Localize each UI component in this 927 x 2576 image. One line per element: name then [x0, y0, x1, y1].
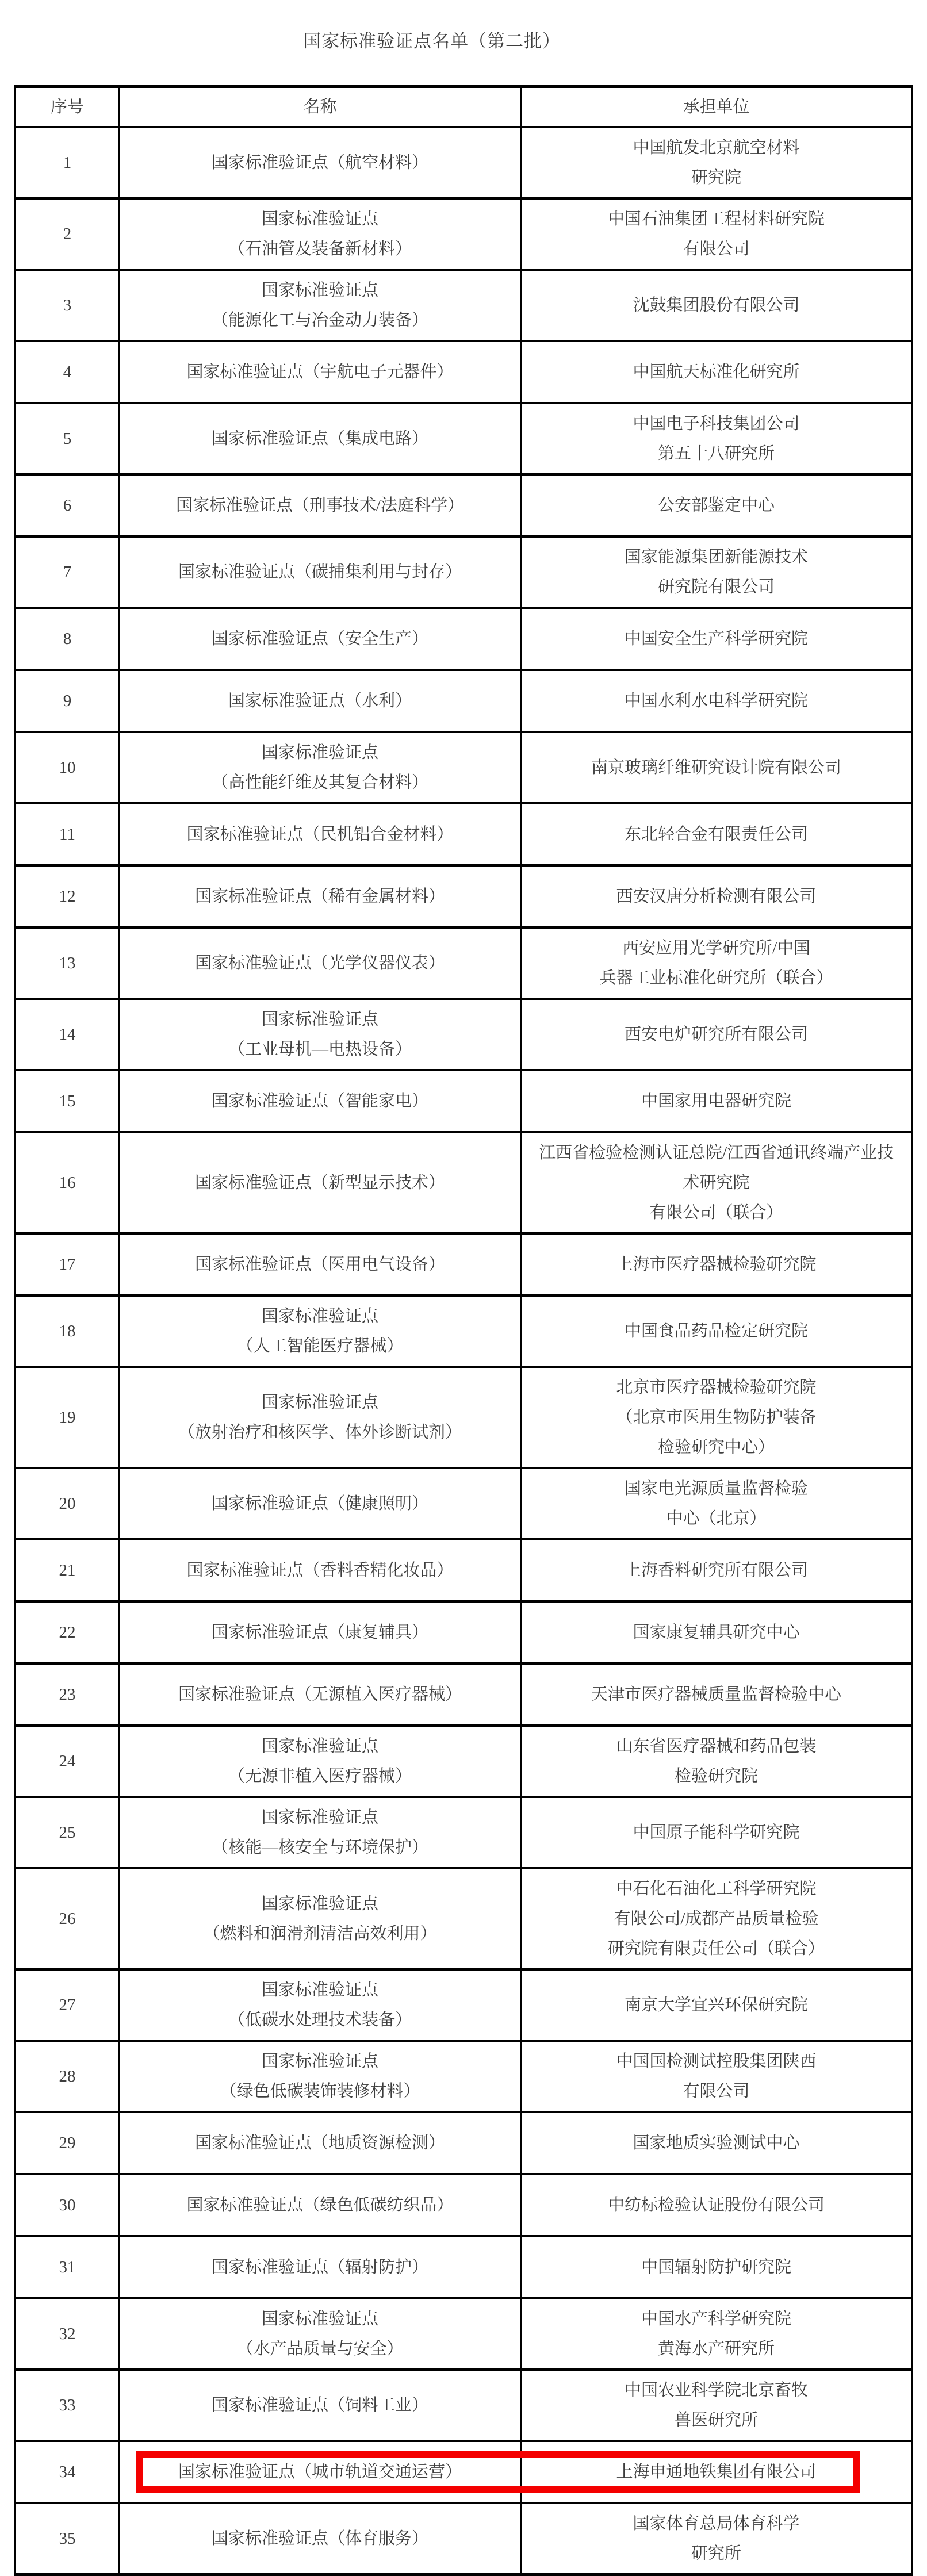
row-unit: 沈鼓集团股份有限公司 — [522, 271, 911, 340]
table-row: 8 国家标准验证点（安全生产） 中国安全生产科学研究院 — [16, 609, 911, 671]
row-unit: 南京玻璃纤维研究设计院有限公司 — [522, 733, 911, 802]
row-name: 国家标准验证点（稀有金属材料） — [120, 867, 522, 926]
row-name: 国家标准验证点（民机铝合金材料） — [120, 804, 522, 864]
row-name: 国家标准验证点（智能家电） — [120, 1071, 522, 1131]
row-unit: 江西省检验检测认证总院/江西省通讯终端产业技 术研究院 有限公司（联合） — [522, 1133, 911, 1232]
table-row: 22 国家标准验证点（康复辅具） 国家康复辅具研究中心 — [16, 1603, 911, 1665]
table-row: 24 国家标准验证点 （无源非植入医疗器械） 山东省医疗器械和药品包装 检验研究… — [16, 1727, 911, 1798]
row-number: 22 — [16, 1603, 120, 1662]
row-name: 国家标准验证点（无源植入医疗器械） — [120, 1665, 522, 1724]
row-unit: 中国原子能科学研究院 — [522, 1798, 911, 1867]
row-unit: 中国安全生产科学研究院 — [522, 609, 911, 669]
row-name: 国家标准验证点（香料香精化妆品） — [120, 1540, 522, 1600]
row-number: 24 — [16, 1727, 120, 1796]
table-row: 29 国家标准验证点（地质资源检测） 国家地质实验测试中心 — [16, 2113, 911, 2175]
row-unit: 上海市医疗器械检验研究院 — [522, 1235, 911, 1294]
row-name: 国家标准验证点（康复辅具） — [120, 1603, 522, 1662]
row-unit: 北京市医疗器械检验研究院 （北京市医用生物防护装备 检验研究中心） — [522, 1368, 911, 1467]
row-number: 19 — [16, 1368, 120, 1467]
row-unit: 西安应用光学研究所/中国 兵器工业标准化研究所（联合） — [522, 929, 911, 998]
row-unit: 国家能源集团新能源技术 研究院有限公司 — [522, 538, 911, 607]
row-number: 14 — [16, 1000, 120, 1069]
row-unit: 中国航发北京航空材料 研究院 — [522, 128, 911, 197]
table-row: 27 国家标准验证点 （低碳水处理技术装备） 南京大学宜兴环保研究院 — [16, 1971, 911, 2042]
table-row: 6 国家标准验证点（刑事技术/法庭科学） 公安部鉴定中心 — [16, 476, 911, 538]
row-number: 28 — [16, 2042, 120, 2111]
row-number: 29 — [16, 2113, 120, 2173]
table-row: 11 国家标准验证点（民机铝合金材料） 东北轻合金有限责任公司 — [16, 804, 911, 867]
row-name: 国家标准验证点（医用电气设备） — [120, 1235, 522, 1294]
row-number: 26 — [16, 1869, 120, 1968]
row-unit: 中国水利水电科学研究院 — [522, 671, 911, 731]
table-row: 23 国家标准验证点（无源植入医疗器械） 天津市医疗器械质量监督检验中心 — [16, 1665, 911, 1727]
row-name: 国家标准验证点（光学仪器仪表） — [120, 929, 522, 998]
row-name: 国家标准验证点（新型显示技术） — [120, 1133, 522, 1232]
row-name: 国家标准验证点（水利） — [120, 671, 522, 731]
row-number: 13 — [16, 929, 120, 998]
row-number: 17 — [16, 1235, 120, 1294]
row-unit: 中国石油集团工程材料研究院 有限公司 — [522, 200, 911, 269]
row-unit: 国家康复辅具研究中心 — [522, 1603, 911, 1662]
table-row: 19 国家标准验证点 （放射治疗和核医学、体外诊断试剂） 北京市医疗器械检验研究… — [16, 1368, 911, 1469]
table-body: 1 国家标准验证点（航空材料） 中国航发北京航空材料 研究院 2 国家标准验证点… — [16, 128, 911, 2573]
row-name: 国家标准验证点 （放射治疗和核医学、体外诊断试剂） — [120, 1368, 522, 1467]
row-name: 国家标准验证点（碳捕集利用与封存） — [120, 538, 522, 607]
row-name: 国家标准验证点（辐射防护） — [120, 2237, 522, 2297]
row-number: 7 — [16, 538, 120, 607]
row-number: 23 — [16, 1665, 120, 1724]
table-row: 10 国家标准验证点 （高性能纤维及其复合材料） 南京玻璃纤维研究设计院有限公司 — [16, 733, 911, 804]
row-unit: 山东省医疗器械和药品包装 检验研究院 — [522, 1727, 911, 1796]
table-row: 28 国家标准验证点 （绿色低碳装饰装修材料） 中国国检测试控股集团陕西 有限公… — [16, 2042, 911, 2113]
table-row: 15 国家标准验证点（智能家电） 中国家用电器研究院 — [16, 1071, 911, 1133]
row-unit: 中纺标检验认证股份有限公司 — [522, 2175, 911, 2235]
row-unit: 东北轻合金有限责任公司 — [522, 804, 911, 864]
row-number: 1 — [16, 128, 120, 197]
row-number: 27 — [16, 1971, 120, 2040]
table-row: 16 国家标准验证点（新型显示技术） 江西省检验检测认证总院/江西省通讯终端产业… — [16, 1133, 911, 1235]
row-number: 5 — [16, 404, 120, 473]
table-header-row: 序号 名称 承担单位 — [16, 88, 911, 128]
row-name: 国家标准验证点（安全生产） — [120, 609, 522, 669]
row-name: 国家标准验证点 （无源非植入医疗器械） — [120, 1727, 522, 1796]
table-row: 7 国家标准验证点（碳捕集利用与封存） 国家能源集团新能源技术 研究院有限公司 — [16, 538, 911, 609]
row-name: 国家标准验证点 （人工智能医疗器械） — [120, 1297, 522, 1366]
row-unit: 中国电子科技集团公司 第五十八研究所 — [522, 404, 911, 473]
table-row: 14 国家标准验证点 （工业母机—电热设备） 西安电炉研究所有限公司 — [16, 1000, 911, 1071]
page-title: 国家标准验证点名单（第二批） — [0, 29, 895, 54]
row-unit: 国家地质实验测试中心 — [522, 2113, 911, 2173]
row-number: 6 — [16, 476, 120, 535]
table-row: 3 国家标准验证点 （能源化工与冶金动力装备） 沈鼓集团股份有限公司 — [16, 271, 911, 342]
row-number: 11 — [16, 804, 120, 864]
table-row: 21 国家标准验证点（香料香精化妆品） 上海香料研究所有限公司 — [16, 1540, 911, 1603]
row-name: 国家标准验证点 （能源化工与冶金动力装备） — [120, 271, 522, 340]
row-number: 33 — [16, 2371, 120, 2440]
row-name: 国家标准验证点 （高性能纤维及其复合材料） — [120, 733, 522, 802]
verification-points-table: 序号 名称 承担单位 1 国家标准验证点（航空材料） 中国航发北京航空材料 研究… — [14, 85, 913, 2576]
row-unit: 中国航天标准化研究所 — [522, 342, 911, 402]
row-number: 30 — [16, 2175, 120, 2235]
row-number: 9 — [16, 671, 120, 731]
row-number: 12 — [16, 867, 120, 926]
row-name: 国家标准验证点（集成电路） — [120, 404, 522, 473]
row-number: 16 — [16, 1133, 120, 1232]
row-unit: 上海申通地铁集团有限公司 — [522, 2442, 911, 2502]
row-name: 国家标准验证点（航空材料） — [120, 128, 522, 197]
table-row: 5 国家标准验证点（集成电路） 中国电子科技集团公司 第五十八研究所 — [16, 404, 911, 476]
row-number: 25 — [16, 1798, 120, 1867]
row-number: 4 — [16, 342, 120, 402]
table-row: 30 国家标准验证点（绿色低碳纺织品） 中纺标检验认证股份有限公司 — [16, 2175, 911, 2237]
row-number: 20 — [16, 1469, 120, 1538]
row-name: 国家标准验证点 （绿色低碳装饰装修材料） — [120, 2042, 522, 2111]
table-row: 4 国家标准验证点（宇航电子元器件） 中国航天标准化研究所 — [16, 342, 911, 404]
row-name: 国家标准验证点（刑事技术/法庭科学） — [120, 476, 522, 535]
row-number: 15 — [16, 1071, 120, 1131]
header-unit: 承担单位 — [522, 88, 911, 126]
table-row: 25 国家标准验证点 （核能—核安全与环境保护） 中国原子能科学研究院 — [16, 1798, 911, 1869]
row-number: 8 — [16, 609, 120, 669]
row-name: 国家标准验证点 （燃料和润滑剂清洁高效利用） — [120, 1869, 522, 1968]
document-page: 国家标准验证点名单（第二批） 序号 名称 承担单位 1 国家标准验证点（航空材料… — [0, 29, 927, 2576]
table-row: 18 国家标准验证点 （人工智能医疗器械） 中国食品药品检定研究院 — [16, 1297, 911, 1368]
header-no: 序号 — [16, 88, 120, 126]
row-unit: 中国家用电器研究院 — [522, 1071, 911, 1131]
table-row: 17 国家标准验证点（医用电气设备） 上海市医疗器械检验研究院 — [16, 1235, 911, 1297]
row-unit: 中石化石油化工科学研究院 有限公司/成都产品质量检验 研究院有限责任公司（联合） — [522, 1869, 911, 1968]
row-name: 国家标准验证点 （水产品质量与安全） — [120, 2299, 522, 2368]
table-row: 1 国家标准验证点（航空材料） 中国航发北京航空材料 研究院 — [16, 128, 911, 200]
row-number: 35 — [16, 2504, 120, 2573]
row-name: 国家标准验证点 （低碳水处理技术装备） — [120, 1971, 522, 2040]
table-row: 31 国家标准验证点（辐射防护） 中国辐射防护研究院 — [16, 2237, 911, 2299]
row-unit: 中国水产科学研究院 黄海水产研究所 — [522, 2299, 911, 2368]
row-number: 32 — [16, 2299, 120, 2368]
row-name: 国家标准验证点（宇航电子元器件） — [120, 342, 522, 402]
row-name: 国家标准验证点 （核能—核安全与环境保护） — [120, 1798, 522, 1867]
table-row: 12 国家标准验证点（稀有金属材料） 西安汉唐分析检测有限公司 — [16, 867, 911, 929]
row-name: 国家标准验证点 （工业母机—电热设备） — [120, 1000, 522, 1069]
table-row: 33 国家标准验证点（饲料工业） 中国农业科学院北京畜牧 兽医研究所 — [16, 2371, 911, 2442]
row-name: 国家标准验证点（饲料工业） — [120, 2371, 522, 2440]
table-row: 35 国家标准验证点（体育服务） 国家体育总局体育科学 研究所 — [16, 2504, 911, 2573]
row-name: 国家标准验证点 （石油管及装备新材料） — [120, 200, 522, 269]
header-name: 名称 — [120, 88, 522, 126]
table-row: 13 国家标准验证点（光学仪器仪表） 西安应用光学研究所/中国 兵器工业标准化研… — [16, 929, 911, 1000]
table-row: 34 国家标准验证点（城市轨道交通运营） 上海申通地铁集团有限公司 — [16, 2442, 911, 2504]
table-row: 26 国家标准验证点 （燃料和润滑剂清洁高效利用） 中石化石油化工科学研究院 有… — [16, 1869, 911, 1971]
row-unit: 上海香料研究所有限公司 — [522, 1540, 911, 1600]
row-unit: 中国国检测试控股集团陕西 有限公司 — [522, 2042, 911, 2111]
row-unit: 中国食品药品检定研究院 — [522, 1297, 911, 1366]
row-unit: 中国辐射防护研究院 — [522, 2237, 911, 2297]
row-number: 34 — [16, 2442, 120, 2502]
table-row: 9 国家标准验证点（水利） 中国水利水电科学研究院 — [16, 671, 911, 733]
row-number: 2 — [16, 200, 120, 269]
table-row: 2 国家标准验证点 （石油管及装备新材料） 中国石油集团工程材料研究院 有限公司 — [16, 200, 911, 271]
row-unit: 天津市医疗器械质量监督检验中心 — [522, 1665, 911, 1724]
row-unit: 公安部鉴定中心 — [522, 476, 911, 535]
row-unit: 中国农业科学院北京畜牧 兽医研究所 — [522, 2371, 911, 2440]
table-row: 32 国家标准验证点 （水产品质量与安全） 中国水产科学研究院 黄海水产研究所 — [16, 2299, 911, 2371]
row-unit: 南京大学宜兴环保研究院 — [522, 1971, 911, 2040]
row-name: 国家标准验证点（体育服务） — [120, 2504, 522, 2573]
row-unit: 国家体育总局体育科学 研究所 — [522, 2504, 911, 2573]
row-name: 国家标准验证点（城市轨道交通运营） — [120, 2442, 522, 2502]
row-name: 国家标准验证点（地质资源检测） — [120, 2113, 522, 2173]
row-unit: 西安汉唐分析检测有限公司 — [522, 867, 911, 926]
row-number: 3 — [16, 271, 120, 340]
row-number: 10 — [16, 733, 120, 802]
table-row: 20 国家标准验证点（健康照明） 国家电光源质量监督检验 中心（北京） — [16, 1469, 911, 1540]
row-name: 国家标准验证点（绿色低碳纺织品） — [120, 2175, 522, 2235]
row-unit: 西安电炉研究所有限公司 — [522, 1000, 911, 1069]
row-name: 国家标准验证点（健康照明） — [120, 1469, 522, 1538]
row-number: 21 — [16, 1540, 120, 1600]
row-number: 31 — [16, 2237, 120, 2297]
row-number: 18 — [16, 1297, 120, 1366]
row-unit: 国家电光源质量监督检验 中心（北京） — [522, 1469, 911, 1538]
